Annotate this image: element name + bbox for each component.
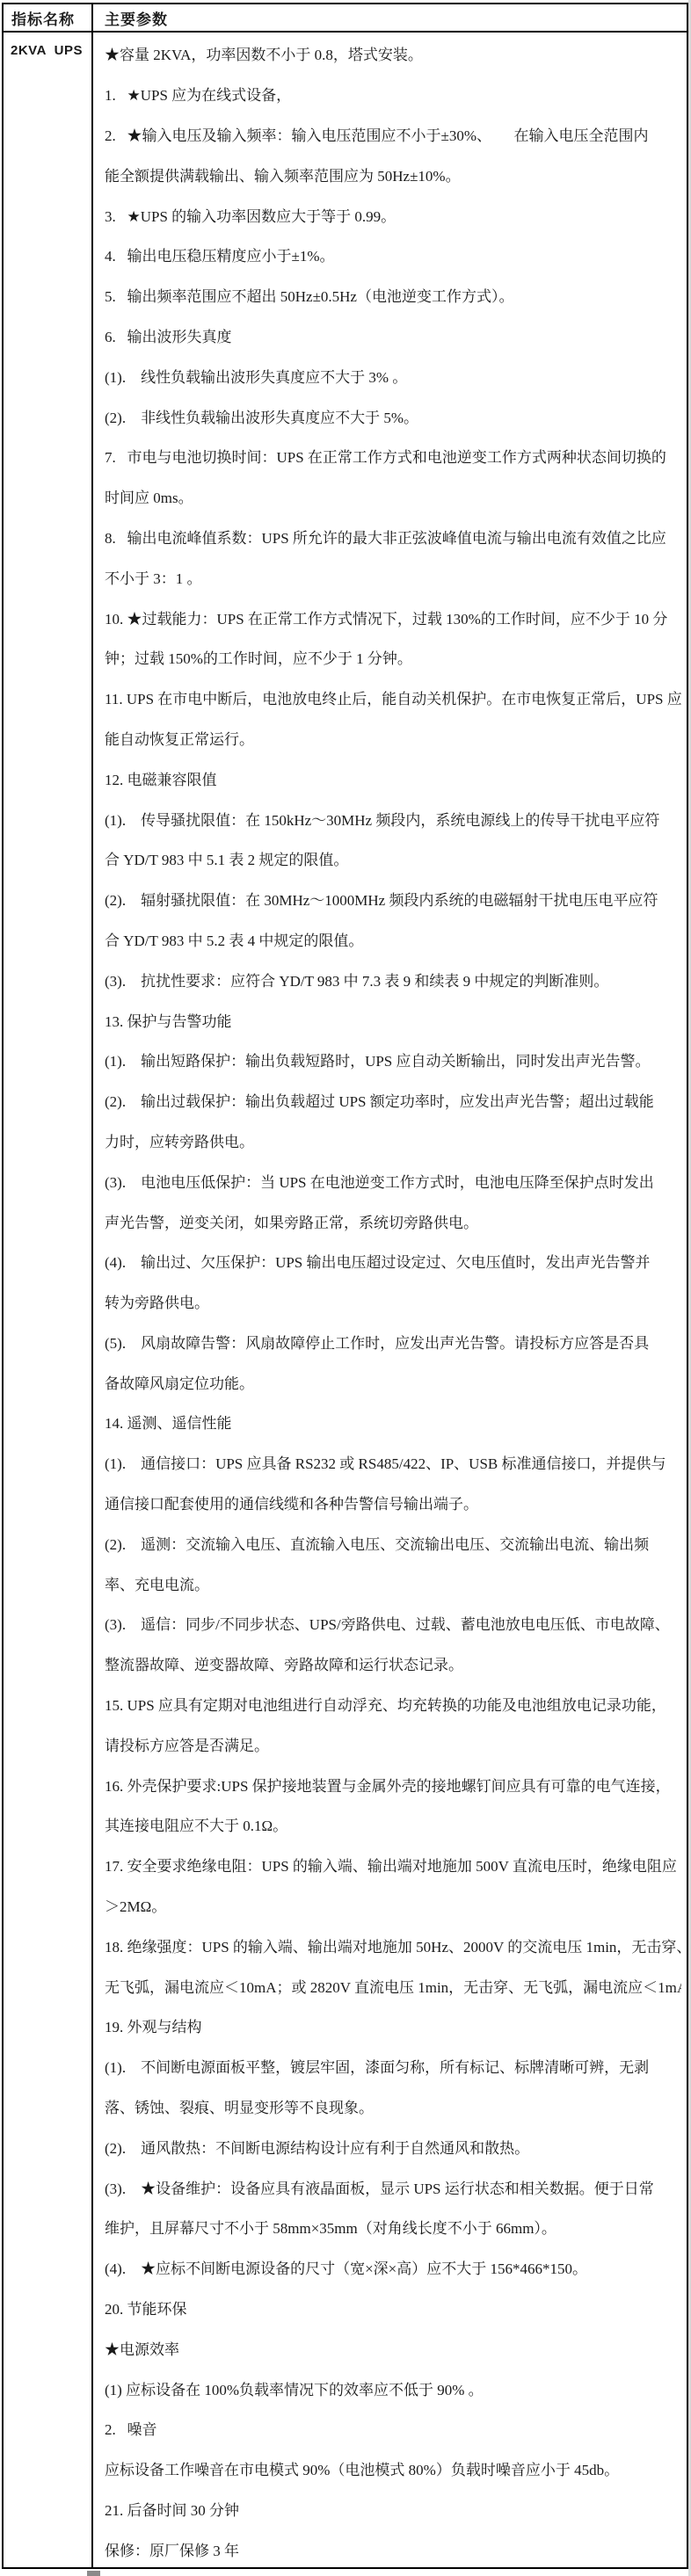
parameter-line: 备故障风扇定位功能。 bbox=[105, 1361, 681, 1402]
parameter-line: 合 YD/T 983 中 5.2 表 4 中规定的限值。 bbox=[105, 919, 681, 960]
table-resize-handle[interactable] bbox=[87, 2571, 100, 2576]
parameter-line: (1). 线性负载输出波形失真度应不大于 3% 。 bbox=[105, 355, 681, 395]
parameter-line: (5). 风扇故障告警：风扇故障停止工作时，应发出声光告警。请投标方应答是否具 bbox=[105, 1322, 681, 1362]
parameter-line: 16. 外壳保护要求:UPS 保护接地装置与金属外壳的接地螺钉间应具有可靠的电气… bbox=[105, 1764, 681, 1804]
parameter-line: 声光告警，逆变关闭，如果旁路正常，系统切旁路供电。 bbox=[105, 1201, 681, 1241]
parameter-line: 19. 外观与结构 bbox=[105, 2006, 681, 2046]
parameter-line: 2. ★输入电压及输入频率：输入电压范围应不小于±30%、 在输入电压全范围内 bbox=[105, 114, 681, 155]
parameter-line: 11. UPS 在市电中断后，电池放电终止后，能自动关机保护。在市电恢复正常后，… bbox=[105, 678, 681, 718]
parameter-line: 2. 噪音 bbox=[105, 2408, 681, 2449]
parameter-line: 应标设备工作噪音在市电模式 90%（电池模式 80%）负载时噪音应小于 45db… bbox=[105, 2449, 681, 2489]
parameter-line: 维护，且屏幕尺寸不小于 58mm×35mm（对角线长度不小于 66mm）。 bbox=[105, 2207, 681, 2247]
parameter-line: 保修：原厂保修 3 年 bbox=[105, 2529, 681, 2567]
spec-table: 指标名称 主要参数 2KVA UPS ★容量 2KVA，功率因数不小于 0.8，… bbox=[2, 3, 688, 2569]
parameter-line: 其连接电阻应不大于 0.1Ω。 bbox=[105, 1804, 681, 1845]
parameter-line: 转为旁路供电。 bbox=[105, 1281, 681, 1322]
parameter-line: 17. 安全要求绝缘电阻：UPS 的输入端、输出端对地施加 500V 直流电压时… bbox=[105, 1845, 681, 1885]
indicator-name-cell: 2KVA UPS bbox=[4, 33, 93, 2567]
parameter-line: 15. UPS 应具有定期对电池组进行自动浮充、均充转换的功能及电池组放电记录功… bbox=[105, 1684, 681, 1724]
parameter-line: 21. 后备时间 30 分钟 bbox=[105, 2489, 681, 2529]
parameter-line: 12. 电磁兼容限值 bbox=[105, 758, 681, 798]
parameter-line: 请投标方应答是否满足。 bbox=[105, 1723, 681, 1764]
parameter-line: 5. 输出频率范围应不超出 50Hz±0.5Hz（电池逆变工作方式）。 bbox=[105, 275, 681, 316]
parameter-line: (3). ★设备维护：设备应具有液晶面板，显示 UPS 运行状态和相关数据。便于… bbox=[105, 2166, 681, 2207]
parameter-line: 整流器故障、逆变器故障、旁路故障和运行状态记录。 bbox=[105, 1644, 681, 1684]
parameter-line: 3. ★UPS 的输入功率因数应大于等于 0.99。 bbox=[105, 194, 681, 235]
parameter-line: (2). 输出过载保护：输出负载超过 UPS 额定功率时，应发出声光告警；超出过… bbox=[105, 1080, 681, 1121]
parameter-line: (1). 不间断电源面板平整，镀层牢固，漆面匀称，所有标记、标牌清晰可辨，无剥 bbox=[105, 2046, 681, 2086]
parameter-line: 1. ★UPS 应为在线式设备， bbox=[105, 74, 681, 114]
parameter-line: (4). 输出过、欠压保护：UPS 输出电压超过设定过、欠电压值时，发出声光告警… bbox=[105, 1241, 681, 1281]
parameter-line: 20. 节能环保 bbox=[105, 2288, 681, 2328]
header-cell-indicator-name: 指标名称 bbox=[4, 4, 93, 31]
parameter-line: 通信接口配套使用的通信线缆和各种告警信号输出端子。 bbox=[105, 1483, 681, 1523]
parameter-line: (2). 辐射骚扰限值：在 30MHz～1000MHz 频段内系统的电磁辐射干扰… bbox=[105, 879, 681, 919]
parameter-line: (1) 应标设备在 100%负载率情况下的效率应不低于 90% 。 bbox=[105, 2368, 681, 2408]
parameter-line: 13. 保护与告警功能 bbox=[105, 999, 681, 1040]
parameter-line: 无飞弧，漏电流应＜10mA；或 2820V 直流电压 1min，无击穿、无飞弧，… bbox=[105, 1965, 681, 2006]
parameter-line: 力时，应转旁路供电。 bbox=[105, 1121, 681, 1161]
parameter-line: (3). 电池电压低保护：当 UPS 在电池逆变工作方式时，电池电压降至保护点时… bbox=[105, 1160, 681, 1201]
parameter-line: (1). 通信接口：UPS 应具备 RS232 或 RS485/422、IP、U… bbox=[105, 1442, 681, 1483]
parameter-line: 能自动恢复正常运行。 bbox=[105, 718, 681, 758]
parameter-line: ★电源效率 bbox=[105, 2327, 681, 2368]
parameter-line: (1). 输出短路保护：输出负载短路时，UPS 应自动关断输出，同时发出声光告警… bbox=[105, 1040, 681, 1080]
parameter-line: ＞2MΩ。 bbox=[105, 1885, 681, 1926]
parameter-line: 6. 输出波形失真度 bbox=[105, 316, 681, 356]
parameter-line: 10. ★过载能力：UPS 在正常工作方式情况下，过载 130%的工作时间，应不… bbox=[105, 597, 681, 637]
parameter-line: 4. 输出电压稳压精度应小于±1%。 bbox=[105, 235, 681, 275]
parameter-line: (2). 遥测：交流输入电压、直流输入电压、交流输出电压、交流输出电流、输出频 bbox=[105, 1522, 681, 1563]
parameters-cell: ★容量 2KVA，功率因数不小于 0.8，塔式安装。1. ★UPS 应为在线式设… bbox=[93, 33, 687, 2567]
parameter-line: (1). 传导骚扰限值：在 150kHz～30MHz 频段内，系统电源线上的传导… bbox=[105, 798, 681, 838]
parameter-line: 8. 输出电流峰值系数：UPS 所允许的最大非正弦波峰值电流与输出电流有效值之比… bbox=[105, 517, 681, 557]
parameter-line: 14. 遥测、遥信性能 bbox=[105, 1402, 681, 1442]
parameter-line: (3). 抗扰性要求：应符合 YD/T 983 中 7.3 表 9 和续表 9 … bbox=[105, 959, 681, 999]
table-header-row: 指标名称 主要参数 bbox=[4, 4, 687, 33]
parameter-line: (3). 遥信：同步/不同步状态、UPS/旁路供电、过载、蓄电池放电电压低、市电… bbox=[105, 1603, 681, 1644]
header-cell-main-parameters: 主要参数 bbox=[93, 4, 687, 31]
parameter-line: (4). ★应标不间断电源设备的尺寸（宽×深×高）应不大于 156*466*15… bbox=[105, 2247, 681, 2288]
parameter-line: ★容量 2KVA，功率因数不小于 0.8，塔式安装。 bbox=[105, 33, 681, 74]
parameter-line: (2). 通风散热：不间断电源结构设计应有利于自然通风和散热。 bbox=[105, 2126, 681, 2166]
parameter-line: 钟；过载 150%的工作时间，应不少于 1 分钟。 bbox=[105, 637, 681, 678]
parameter-line: (2). 非线性负载输出波形失真度应不大于 5%。 bbox=[105, 395, 681, 436]
parameter-line: 合 YD/T 983 中 5.1 表 2 规定的限值。 bbox=[105, 838, 681, 879]
parameter-line: 能全额提供满载输出、输入频率范围应为 50Hz±10%。 bbox=[105, 154, 681, 194]
parameter-line: 落、锈蚀、裂痕、明显变形等不良现象。 bbox=[105, 2086, 681, 2127]
parameter-line: 时间应 0ms。 bbox=[105, 476, 681, 517]
table-row: 2KVA UPS ★容量 2KVA，功率因数不小于 0.8，塔式安装。1. ★U… bbox=[4, 33, 687, 2567]
parameter-line: 率、充电电流。 bbox=[105, 1563, 681, 1603]
parameter-line: 不小于 3：1 。 bbox=[105, 556, 681, 597]
parameter-line: 18. 绝缘强度：UPS 的输入端、输出端对地施加 50Hz、2000V 的交流… bbox=[105, 1925, 681, 1965]
parameter-line: 7. 市电与电池切换时间：UPS 在正常工作方式和电池逆变工作方式两种状态间切换… bbox=[105, 436, 681, 476]
